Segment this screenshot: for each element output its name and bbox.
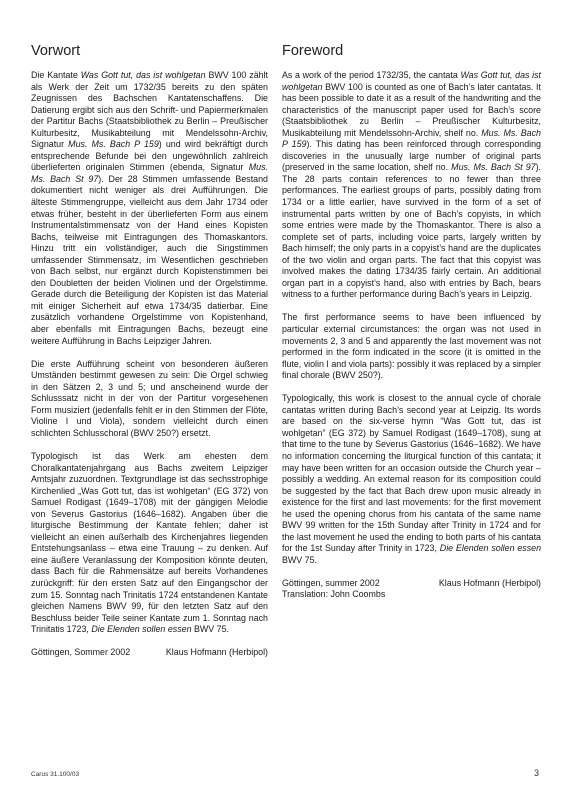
- vorwort-paragraph-2: Die erste Aufführung scheint von besonde…: [31, 359, 268, 440]
- italic-title: Mus. Ms. Bach P 159: [68, 139, 159, 149]
- foreword-place-date: Göttingen, summer 2002: [282, 578, 380, 590]
- page-number: 3: [534, 768, 539, 778]
- foreword-translation-credit: Translation: John Coombs: [282, 589, 541, 601]
- foreword-paragraph-3: Typologically, this work is closest to t…: [282, 393, 541, 566]
- foreword-signature: Göttingen, summer 2002 Klaus Hofmann (He…: [282, 578, 541, 590]
- italic-title: Mus. Ms. Bach P 159: [282, 128, 541, 150]
- foreword-author: Klaus Hofmann (Herbipol): [439, 578, 541, 590]
- italic-title: Die Elenden sollen essen: [440, 543, 541, 553]
- vorwort-paragraph-1: Die Kantate Was Gott tut, das ist wohlge…: [31, 70, 268, 347]
- italic-title: Mus. Ms. Bach St 97: [451, 162, 535, 172]
- vorwort-paragraph-3: Typologisch ist das Werk am ehesten dem …: [31, 451, 268, 636]
- italic-title: Mus. Ms. Bach St 97: [31, 162, 268, 184]
- italic-title: Was Gott tut, das ist wohlgetan: [81, 70, 206, 80]
- foreword-paragraph-2: The first performance seems to have been…: [282, 312, 541, 381]
- vorwort-signature: Göttingen, Sommer 2002 Klaus Hofmann (He…: [31, 647, 268, 659]
- italic-title: Die Elenden sollen essen: [91, 624, 191, 634]
- catalog-number: Carus 31.100/03: [31, 771, 79, 778]
- vorwort-heading: Vorwort: [31, 42, 268, 60]
- vorwort-column: Vorwort Die Kantate Was Gott tut, das is…: [31, 42, 268, 659]
- foreword-column: Foreword As a work of the period 1732/35…: [282, 42, 541, 601]
- foreword-heading: Foreword: [282, 42, 541, 60]
- vorwort-author: Klaus Hofmann (Herbipol): [166, 647, 268, 659]
- vorwort-place-date: Göttingen, Sommer 2002: [31, 647, 130, 659]
- italic-title: Was Gott tut, das ist wohlgetan: [282, 70, 541, 92]
- foreword-paragraph-1: As a work of the period 1732/35, the can…: [282, 70, 541, 301]
